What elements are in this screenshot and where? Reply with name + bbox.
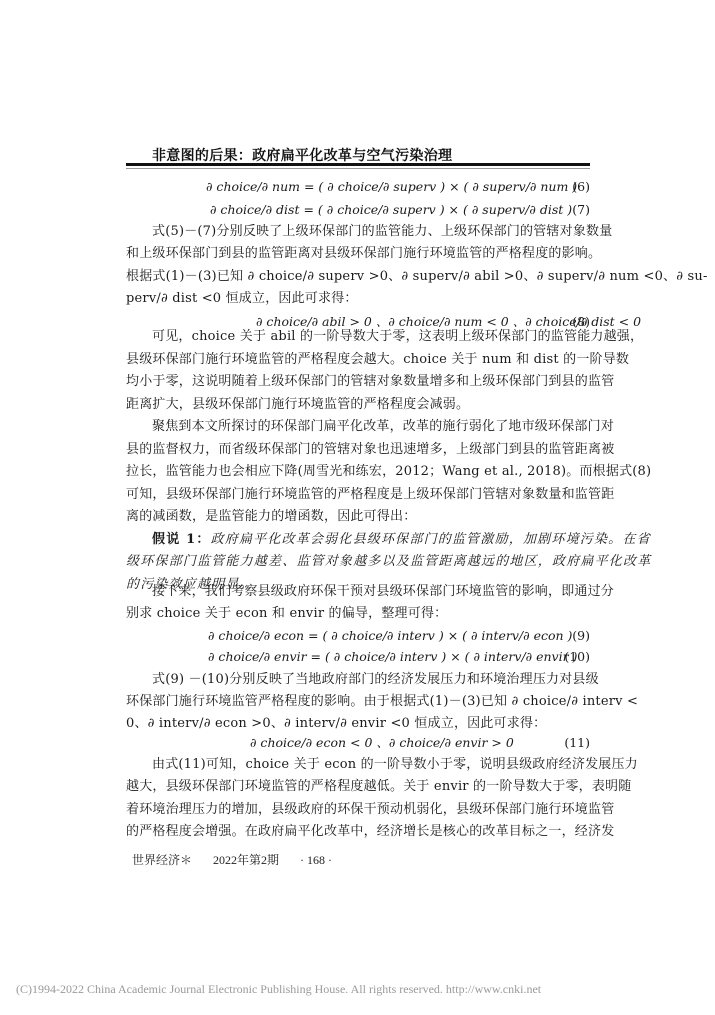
- text-line: 式(5)－(7)分别反映了上级环保部门的监管能力、上级环保部门的管辖对象数量: [152, 223, 590, 241]
- text-line: 可知，县级环保部门施行环境监管的严格程度是上级环保部门管辖对象数量和监管距: [126, 486, 590, 504]
- equation-number: (11): [564, 734, 590, 752]
- page-footer: 世界经济＊ 2022年第2期 · 168 ·: [132, 851, 350, 868]
- hypothesis-text: 政府扁平化改革会弱化县级环保部门的监管激励，加剧环境污染。在省: [211, 532, 651, 547]
- text-line: 拉长，监管能力也会相应下降(周雪光和练宏，2012；Wang et al., 2…: [126, 463, 590, 481]
- text-line: 可见，choice 关于 abil 的一阶导数大于零，这表明上级环保部门的监管能…: [152, 328, 590, 346]
- text-line: 着环境治理压力的增加，县级政府的环保干预动机弱化，县级环保部门施行环境监管: [126, 801, 590, 819]
- journal-name: 世界经济＊: [132, 853, 192, 867]
- text-line: 距离扩大，县级环保部门施行环境监管的严格程度会减弱。: [126, 396, 590, 414]
- text-line: 由式(11)可知，choice 关于 econ 的一阶导数小于零，说明县级政府经…: [152, 756, 590, 774]
- equation-body: ∂ choice/∂ envir = ( ∂ choice/∂ interv )…: [208, 648, 577, 666]
- text-line: 的严格程度会增强。在政府扁平化改革中，经济增长是核心的改革目标之一，经济发: [126, 823, 590, 841]
- equation-body: ∂ choice/∂ econ = ( ∂ choice/∂ interv ) …: [208, 627, 572, 645]
- text-line: 离的减函数，是监管能力的增函数，因此可得出：: [126, 508, 590, 526]
- text-line: 聚焦到本文所探讨的环保部门扁平化改革，改革的施行弱化了地市级环保部门对: [152, 418, 590, 436]
- hypothesis-label: 假说 1：: [152, 532, 211, 547]
- text-line: 县级环保部门施行环境监管的严格程度会越大。choice 关于 num 和 dis…: [126, 351, 590, 369]
- text-line: 式(9) －(10)分别反映了当地政府部门的经济发展压力和环境治理压力对县级: [152, 671, 590, 689]
- text-line: 接下来，我们考察县级政府环保干预对县级环保部门环境监管的影响，即通过分: [152, 583, 590, 601]
- text-line: 级环保部门监管能力越差、监管对象越多以及监管距离越远的地区，政府扁平化改革: [126, 553, 590, 571]
- equation-number: (10): [564, 648, 590, 666]
- text-line: 假说 1：政府扁平化改革会弱化县级环保部门的监管激励，加剧环境污染。在省: [152, 531, 590, 549]
- equation-body: ∂ choice/∂ num = ( ∂ choice/∂ superv ) ×…: [206, 178, 577, 196]
- page-number: · 168 ·: [300, 853, 332, 867]
- header-rule-thin: [126, 168, 590, 169]
- equation-body: ∂ choice/∂ dist = ( ∂ choice/∂ superv ) …: [210, 201, 572, 219]
- text-line: 0、∂ interv/∂ econ >0、∂ interv/∂ envir <0…: [126, 715, 590, 733]
- equation-body: ∂ choice/∂ econ < 0 、∂ choice/∂ envir > …: [250, 734, 514, 752]
- running-title: 非意图的后果：政府扁平化改革与空气污染治理: [152, 145, 452, 165]
- text-line: 越大，县级环保部门环境监管的严格程度越低。关于 envir 的一阶导数大于零，表…: [126, 778, 590, 796]
- text-line: 和上级环保部门到县的监管距离对县级环保部门施行环境监管的严格程度的影响。: [126, 245, 590, 263]
- copyright-notice: (C)1994-2022 China Academic Journal Elec…: [16, 982, 541, 997]
- text-line: 环保部门施行环境监管严格程度的影响。由于根据式(1)－(3)已知 ∂ choic…: [126, 693, 590, 711]
- equation-number: (7): [572, 201, 590, 219]
- header-rule-thick: [126, 163, 590, 166]
- text-line: 根据式(1)－(3)已知 ∂ choice/∂ superv >0、∂ supe…: [126, 268, 590, 286]
- issue-number: 2022年第2期: [213, 853, 279, 867]
- text-line: 别求 choice 关于 econ 和 envir 的偏导，整理可得：: [126, 605, 590, 623]
- equation-number: (9): [572, 627, 590, 645]
- text-line: 县的监督权力，而省级环保部门的管辖对象也迅速增多，上级部门到县的监管距离被: [126, 441, 590, 459]
- equation-number: (6): [572, 178, 590, 196]
- text-line: perv/∂ dist <0 恒成立，因此可求得：: [126, 290, 590, 308]
- text-line: 均小于零，这说明随着上级环保部门的管辖对象数量增多和上级环保部门到县的监管: [126, 373, 590, 391]
